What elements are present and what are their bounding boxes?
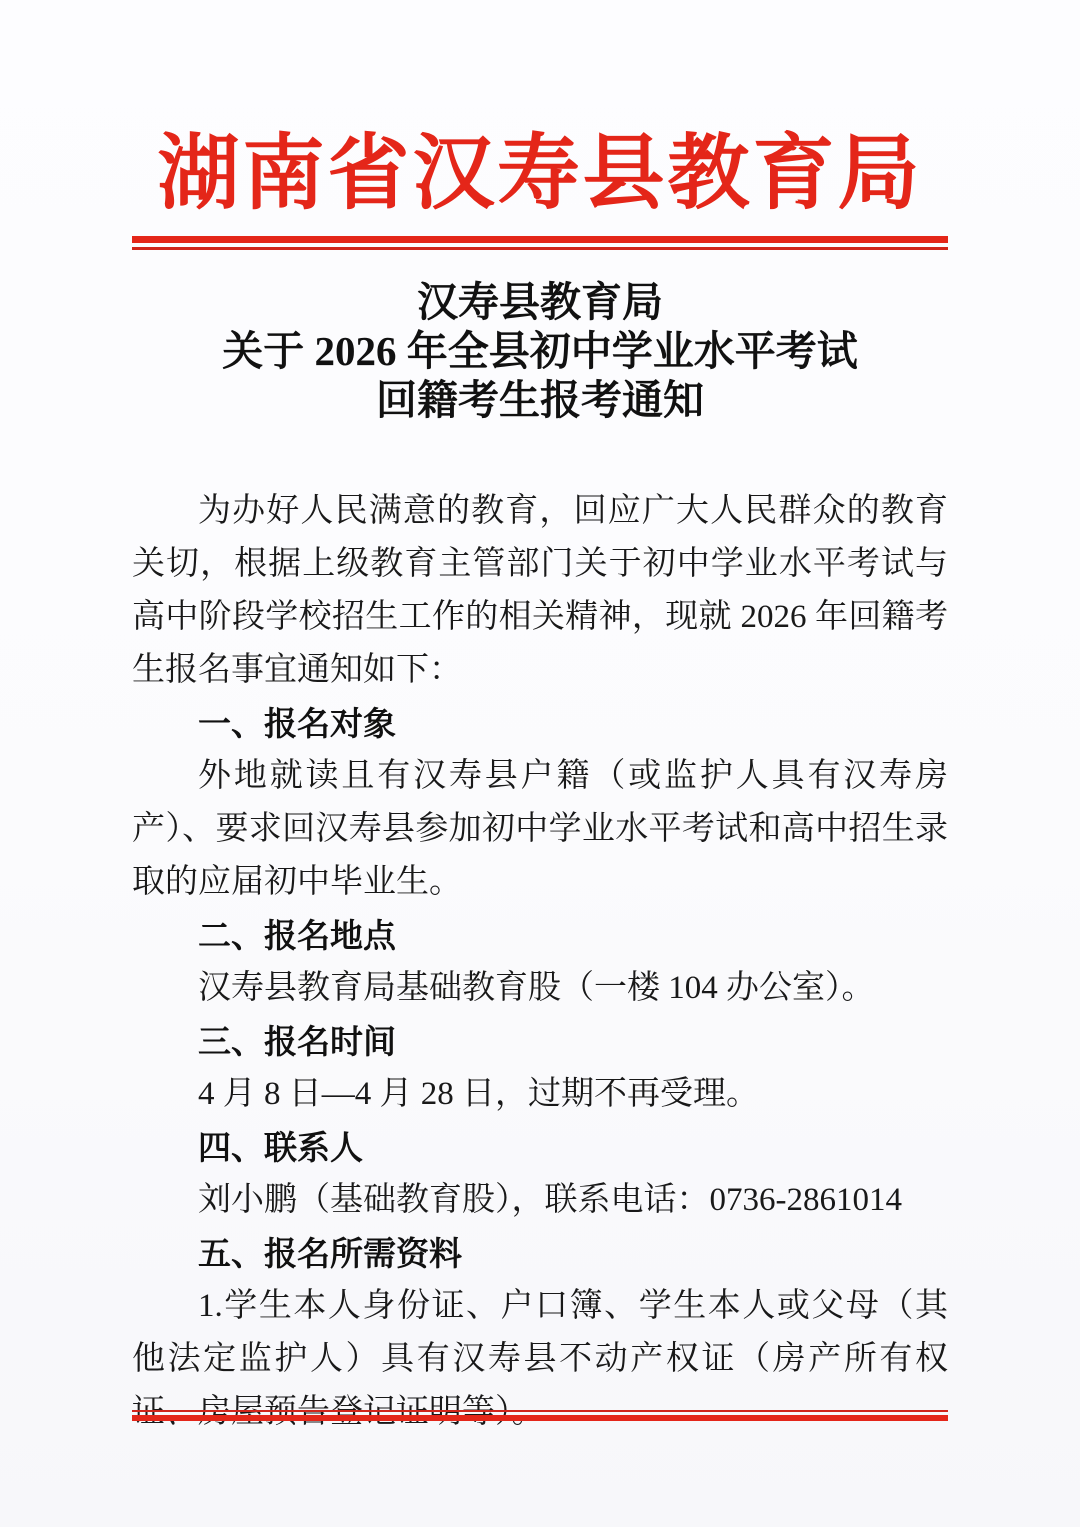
intro-paragraph: 为办好人民满意的教育，回应广大人民群众的教育关切，根据上级教育主管部门关于初中学… xyxy=(132,485,948,697)
section-1-text: 外地就读且有汉寿县户籍（或监护人具有汉寿房产）、要求回汉寿县参加初中学业水平考试… xyxy=(132,750,948,909)
letterhead-agency-title: 湖南省汉寿县教育局 xyxy=(132,0,948,220)
letterhead-rule-thick xyxy=(132,236,948,243)
section-3-heading: 三、报名时间 xyxy=(132,1015,948,1068)
section-4-text: 刘小鹏（基础教育股），联系电话：0736-2861014 xyxy=(132,1174,948,1227)
document-content: 湖南省汉寿县教育局 汉寿县教育局 关于 2026 年全县初中学业水平考试 回籍考… xyxy=(0,0,1080,1439)
letterhead-double-rule xyxy=(132,236,948,250)
section-5-heading: 五、报名所需资料 xyxy=(132,1227,948,1280)
section-2-heading: 二、报名地点 xyxy=(132,909,948,962)
section-1-heading: 一、报名对象 xyxy=(132,697,948,750)
section-4-heading: 四、联系人 xyxy=(132,1121,948,1174)
document-title-line-2: 关于 2026 年全县初中学业水平考试 xyxy=(132,327,948,376)
footer-double-rule xyxy=(132,1410,948,1421)
letterhead: 湖南省汉寿县教育局 xyxy=(132,0,948,250)
document-title-line-3: 回籍考生报考通知 xyxy=(132,376,948,425)
section-2-text: 汉寿县教育局基础教育股（一楼 104 办公室）。 xyxy=(132,962,948,1015)
section-3-text: 4 月 8 日—4 月 28 日，过期不再受理。 xyxy=(132,1068,948,1121)
letterhead-rule-thin xyxy=(132,247,948,250)
document-title-line-1: 汉寿县教育局 xyxy=(132,278,948,327)
document-body: 为办好人民满意的教育，回应广大人民群众的教育关切，根据上级教育主管部门关于初中学… xyxy=(132,485,948,1439)
document-title: 汉寿县教育局 关于 2026 年全县初中学业水平考试 回籍考生报考通知 xyxy=(132,278,948,425)
document-page: 湖南省汉寿县教育局 汉寿县教育局 关于 2026 年全县初中学业水平考试 回籍考… xyxy=(0,0,1080,1527)
footer-rule-thick xyxy=(132,1415,948,1421)
